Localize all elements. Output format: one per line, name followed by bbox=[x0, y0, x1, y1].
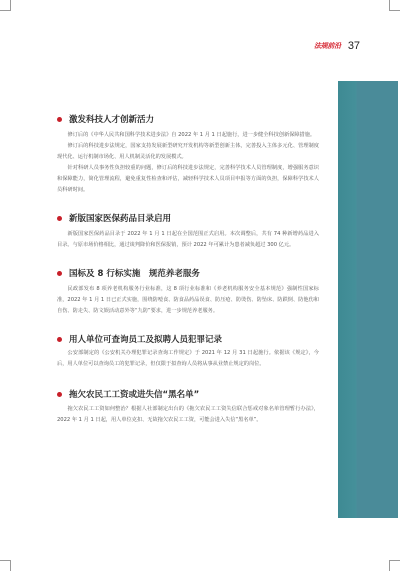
paragraph: 民政部发布 8 项养老机构服务行业标准，这 8 项行业标准和《养老机构服务安全基… bbox=[57, 284, 319, 317]
crop-mark-bottom-right bbox=[389, 560, 400, 571]
section-title-text: 拖欠农民工工资或进失信“黑名单” bbox=[69, 388, 199, 400]
paragraph: 针对科研人员事务性负担较重的问题，修订后的科技进步法规定，完善科学技术人员管理制… bbox=[57, 163, 319, 196]
section-criminal-record: 用人单位可查询员工及拟聘人员犯罪记录 公安部制定的《公安机关办理犯罪记录查询工作… bbox=[57, 332, 319, 370]
section-medical-insurance: 新版国家医保药品目录启用 新版国家医保药品目录于 2022 年 1 月 1 日起… bbox=[57, 211, 319, 251]
paragraph: 修订后的《中华人民共和国科学技术进步法》自 2022 年 1 月 1 日起施行，… bbox=[57, 130, 319, 141]
section-elderly-care-standards: 国标及 8 行标实施 规范养老服务 民政部发布 8 项养老机构服务行业标准，这 … bbox=[57, 266, 319, 317]
paragraph: 公安部制定的《公安机关办理犯罪记录查询工作规定》于 2021 年 12 月 31… bbox=[57, 348, 319, 370]
section-title: 新版国家医保药品目录启用 bbox=[57, 211, 319, 225]
section-title-text: 新版国家医保药品目录启用 bbox=[69, 212, 171, 224]
bullet-dot-icon bbox=[57, 337, 62, 342]
crop-mark-top-left bbox=[0, 0, 11, 11]
section-title-text: 用人单位可查询员工及拟聘人员犯罪记录 bbox=[69, 333, 222, 345]
article-body: 激发科技人才创新活力 修订后的《中华人民共和国科学技术进步法》自 2022 年 … bbox=[57, 112, 319, 426]
bullet-dot-icon bbox=[57, 117, 62, 122]
side-decorative-strip bbox=[338, 81, 398, 518]
bullet-dot-icon bbox=[57, 392, 62, 397]
bullet-dot-icon bbox=[57, 216, 62, 221]
paragraph: 修订后的科技进步法规定，国家支持发展新型研究开发机构等新型创新主体，完善投入主体… bbox=[57, 141, 319, 163]
magazine-logo: 法规前沿 bbox=[314, 41, 341, 51]
section-title-text: 激发科技人才创新活力 bbox=[69, 113, 154, 125]
paragraph: 新版国家医保药品目录于 2022 年 1 月 1 日起在全国范围正式启用。本次调… bbox=[57, 229, 319, 251]
section-tech-talent: 激发科技人才创新活力 修订后的《中华人民共和国科学技术进步法》自 2022 年 … bbox=[57, 112, 319, 196]
bullet-dot-icon bbox=[57, 271, 62, 276]
section-wage-blacklist: 拖欠农民工工资或进失信“黑名单” 拖欠农民工工资如何整治？根据人社部制定出台的《… bbox=[57, 387, 319, 426]
section-title: 国标及 8 行标实施 规范养老服务 bbox=[57, 266, 319, 280]
paragraph: 拖欠农民工工资如何整治？根据人社部制定出台的《拖欠农民工工资失信联合惩戒对象名单… bbox=[57, 404, 319, 426]
section-title-text: 国标及 8 行标实施 规范养老服务 bbox=[69, 267, 200, 279]
section-title: 激发科技人才创新活力 bbox=[57, 112, 319, 126]
crop-mark-top-right bbox=[389, 0, 400, 11]
section-title: 拖欠农民工工资或进失信“黑名单” bbox=[57, 387, 319, 401]
crop-mark-bottom-left bbox=[0, 560, 11, 571]
section-title: 用人单位可查询员工及拟聘人员犯罪记录 bbox=[57, 332, 319, 346]
page-number: 37 bbox=[348, 40, 360, 52]
page-header: 法规前沿 37 bbox=[314, 40, 360, 52]
